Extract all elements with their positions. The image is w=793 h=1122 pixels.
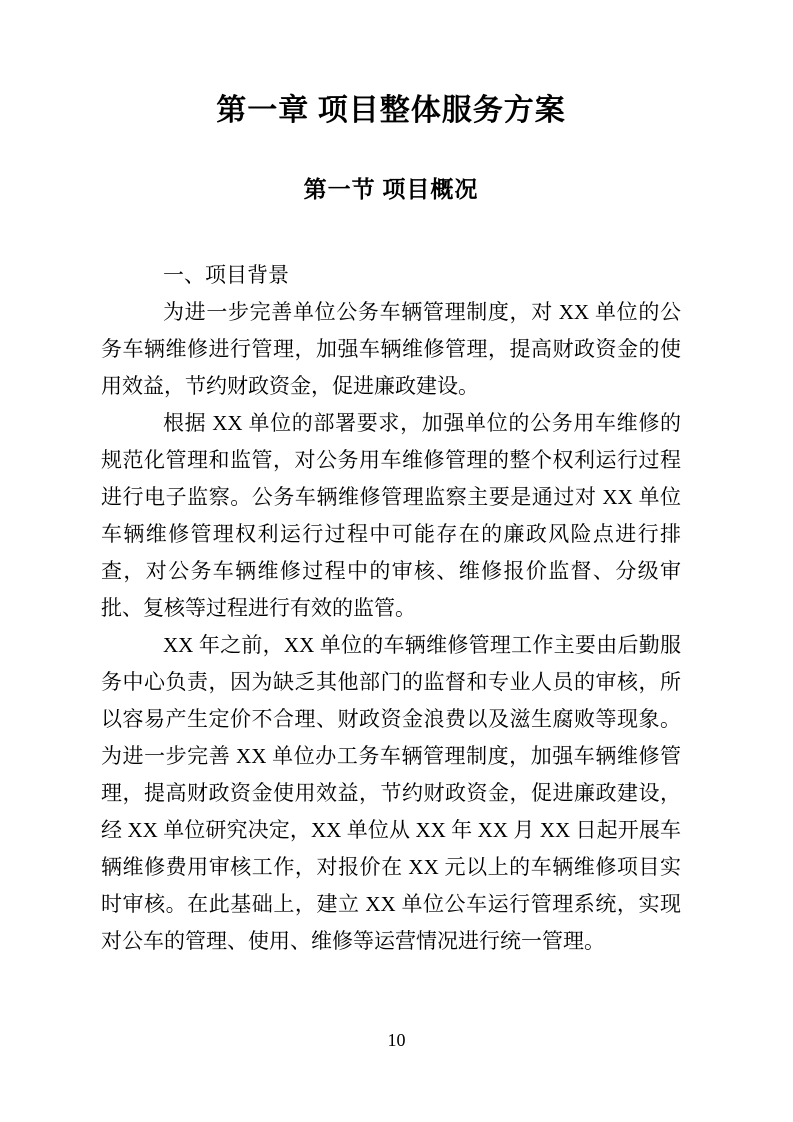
body-paragraph: 根据 XX 单位的部署要求，加强单位的公务用车维修的规范化管理和监管，对公务用车… [101,405,681,627]
body-paragraph: 为进一步完善单位公务车辆管理制度，对 XX 单位的公务车辆维修进行管理，加强车辆… [101,294,681,405]
document-page: 第一章 项目整体服务方案 第一节 项目概况 一、项目背景 为进一步完善单位公务车… [0,0,793,1122]
subsection-heading: 一、项目背景 [101,257,681,294]
body-paragraph: XX 年之前，XX 单位的车辆维修管理工作主要由后勤服务中心负责，因为缺乏其他部… [101,627,681,960]
page-content: 第一章 项目整体服务方案 第一节 项目概况 一、项目背景 为进一步完善单位公务车… [0,0,793,960]
section-title: 第一节 项目概况 [101,175,681,205]
page-number: 10 [0,1028,793,1052]
body-paragraphs: 为进一步完善单位公务车辆管理制度，对 XX 单位的公务车辆维修进行管理，加强车辆… [101,294,681,960]
chapter-title: 第一章 项目整体服务方案 [101,92,681,130]
document-body: 一、项目背景 为进一步完善单位公务车辆管理制度，对 XX 单位的公务车辆维修进行… [101,257,681,960]
